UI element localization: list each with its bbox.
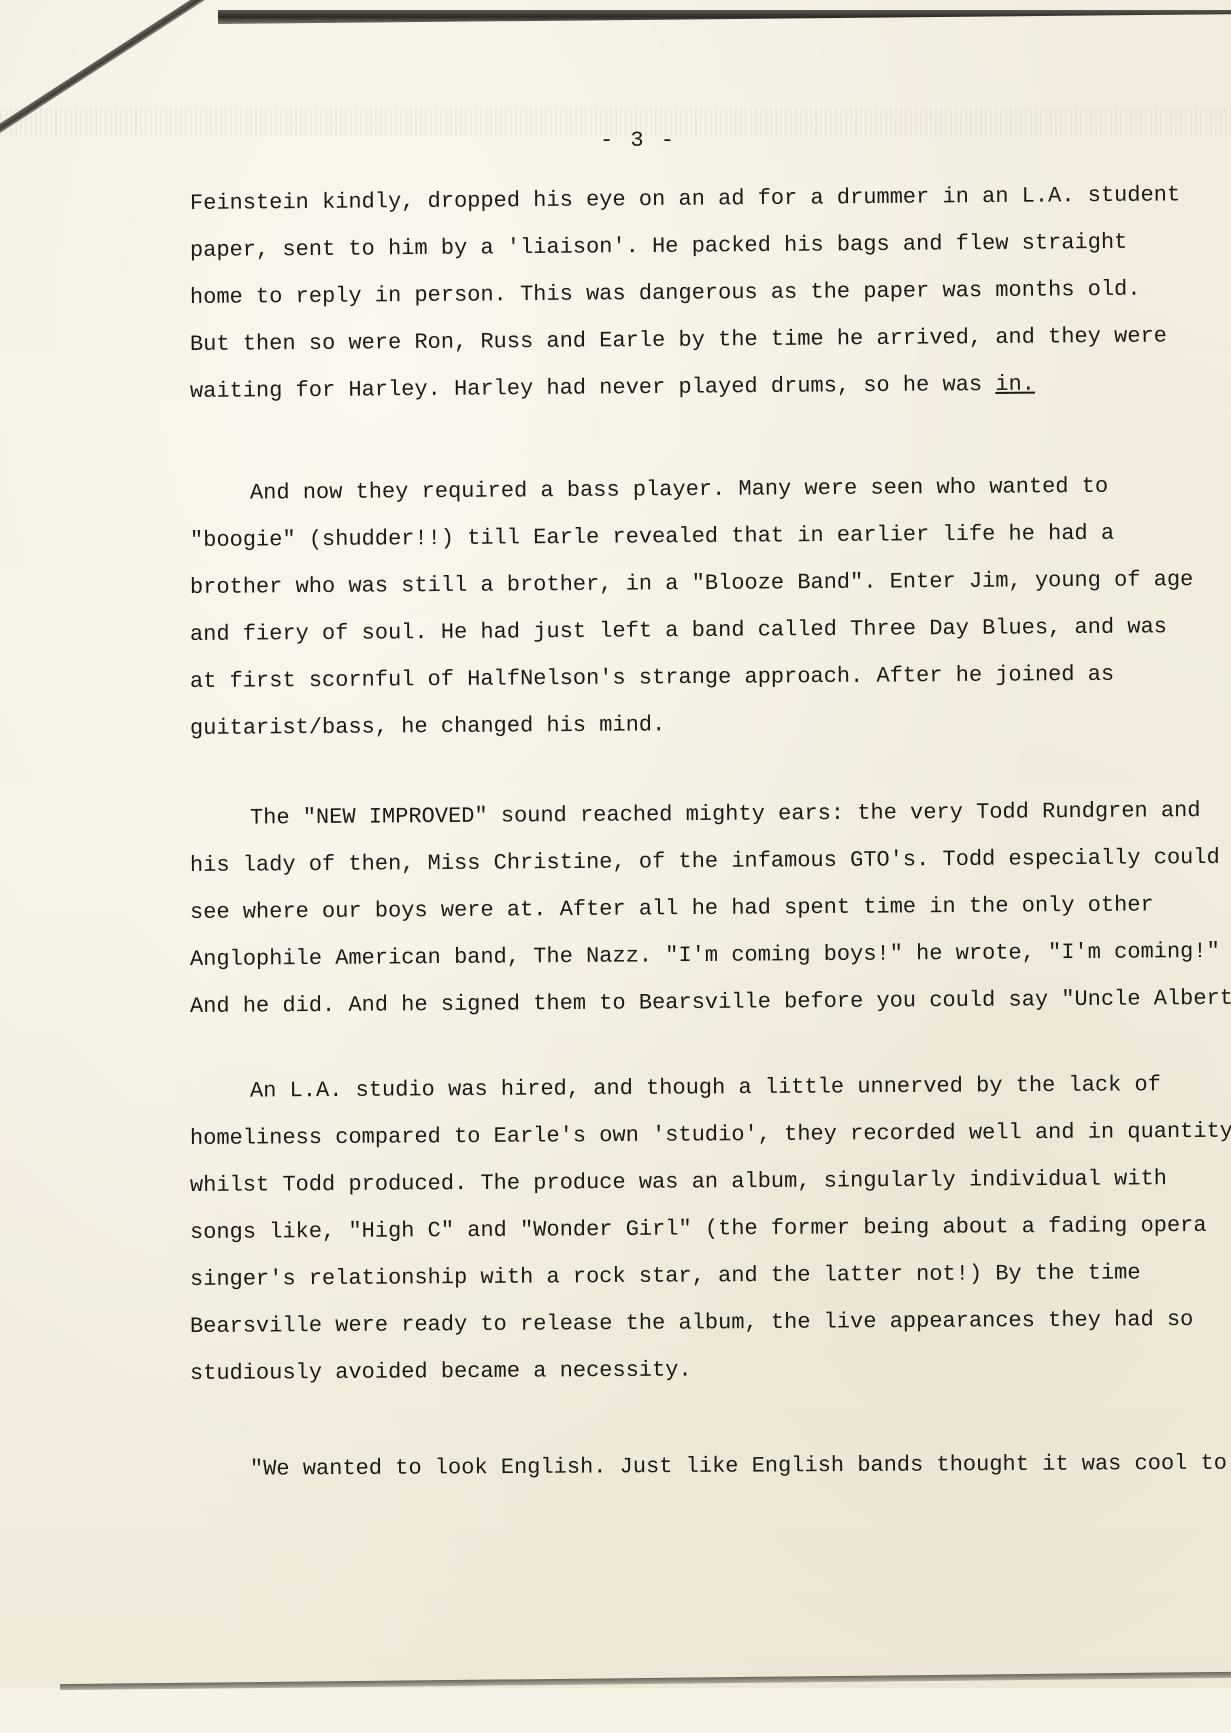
text-line: songs like, "High C" and "Wonder Girl" (… (190, 1202, 1230, 1256)
text-line: Anglophile American band, The Nazz. "I'm… (190, 928, 1230, 983)
page-number: - 3 - (600, 128, 676, 153)
text-line: "boogie" (shudder!!) till Earle revealed… (190, 509, 1230, 564)
text-line: And he did. And he signed them to Bearsv… (190, 975, 1230, 1030)
text-line: guitarist/bass, he changed his mind. (190, 697, 1230, 752)
paragraph-5: "We wanted to look English. Just like En… (190, 1446, 1230, 1493)
text-line: homeliness compared to Earle's own 'stud… (190, 1108, 1230, 1162)
text-fragment: waiting for Harley. Harley had never pla… (190, 372, 996, 404)
paragraph-4: An L.A. studio was hired, and though a l… (190, 1068, 1230, 1397)
text-line: and fiery of soul. He had just left a ba… (190, 603, 1230, 658)
text-line: at first scornful of HalfNelson's strang… (190, 650, 1230, 705)
text-line: waiting for Harley. Harley had never pla… (190, 359, 1230, 415)
paragraph-3: The "NEW IMPROVED" sound reached mighty … (190, 795, 1230, 1030)
paragraph-2: And now they required a bass player. Man… (190, 470, 1230, 752)
text-line: Bearsville were ready to release the alb… (190, 1296, 1230, 1350)
text-line: And now they required a bass player. Man… (190, 462, 1230, 517)
text-line: whilst Todd produced. The produce was an… (190, 1155, 1230, 1209)
text-line: his lady of then, Miss Christine, of the… (190, 834, 1230, 889)
text-line: An L.A. studio was hired, and though a l… (190, 1061, 1230, 1115)
text-line: "We wanted to look English. Just like En… (190, 1440, 1230, 1493)
text-line: brother who was still a brother, in a "B… (190, 556, 1230, 611)
text-line: studiously avoided became a necessity. (190, 1343, 1230, 1397)
underlined-word: in. (995, 372, 1035, 397)
text-line: singer's relationship with a rock star, … (190, 1249, 1230, 1303)
paragraph-1: Feinstein kindly, dropped his eye on an … (190, 180, 1230, 415)
text-line: see where our boys were at. After all he… (190, 881, 1230, 936)
paper-bottom-margin (0, 1688, 1231, 1733)
text-line: The "NEW IMPROVED" sound reached mighty … (190, 787, 1230, 842)
